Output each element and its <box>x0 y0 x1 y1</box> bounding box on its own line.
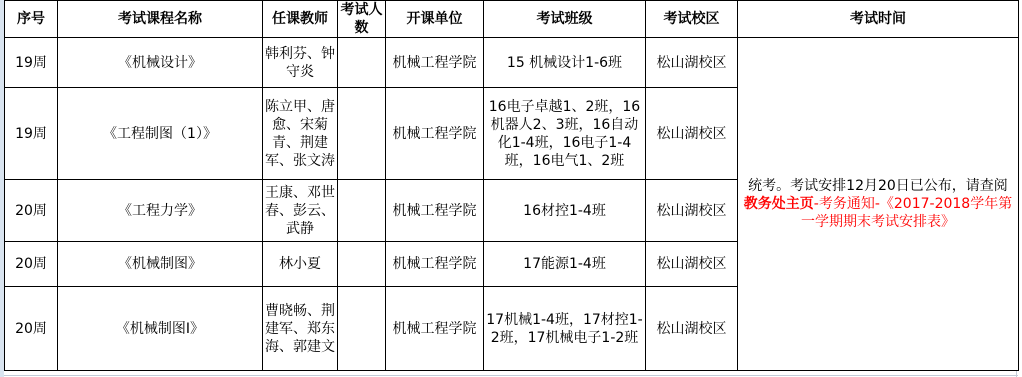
cell-classes: 16材控1-4班 <box>484 180 646 242</box>
cell-course: 《机械制图》 <box>58 242 263 287</box>
cell-campus: 松山湖校区 <box>646 180 738 242</box>
cell-campus: 松山湖校区 <box>646 88 738 180</box>
header-classes: 考试班级 <box>484 1 646 38</box>
cell-seq: 20周 <box>5 242 58 287</box>
exam-time-note-cell: 统考。考试安排12月20日已公布，请查阅教务处主页-考务通知-《2017-201… <box>738 38 1019 371</box>
cell-course: 《机械制图I》 <box>58 287 263 371</box>
cell-teachers: 曹晓畅、荆建军、郑东海、郭建文 <box>263 287 338 371</box>
header-course: 考试课程名称 <box>58 1 263 38</box>
cell-campus: 松山湖校区 <box>646 38 738 88</box>
cell-teachers: 陈立甲、唐愈、宋菊青、荆建军、张文涛 <box>263 88 338 180</box>
cell-count <box>338 287 386 371</box>
cell-seq: 19周 <box>5 88 58 180</box>
exam-time-note-black-text: 统考。考试安排12月20日已公布，请查阅 <box>740 177 1016 195</box>
cell-classes: 17能源1-4班 <box>484 242 646 287</box>
cell-campus: 松山湖校区 <box>646 287 738 371</box>
cell-unit: 机械工程学院 <box>386 287 484 371</box>
cell-count <box>338 242 386 287</box>
header-unit: 开课单位 <box>386 1 484 38</box>
partial-next-row-right-gridline <box>1016 371 1017 377</box>
cell-classes: 17机械1-4班，17材控1-2班，17机械电子1-2班 <box>484 287 646 371</box>
exam-schedule-table: 序号 考试课程名称 任课教师 考试人数 开课单位 考试班级 考试校区 考试时间 … <box>4 0 1019 371</box>
cell-course: 《机械设计》 <box>58 38 263 88</box>
header-seq: 序号 <box>5 1 58 38</box>
header-count: 考试人数 <box>338 1 386 38</box>
exam-time-note-red-bold-text: 教务处主页 <box>744 196 814 212</box>
cell-unit: 机械工程学院 <box>386 38 484 88</box>
cell-teachers: 韩利芬、钟守炎 <box>263 38 338 88</box>
header-campus: 考试校区 <box>646 1 738 38</box>
cell-teachers: 王康、邓世春、彭云、武静 <box>263 180 338 242</box>
cell-course: 《工程制图（1）》 <box>58 88 263 180</box>
cell-course: 《工程力学》 <box>58 180 263 242</box>
partial-next-row-gridline <box>4 375 1018 376</box>
header-time: 考试时间 <box>738 1 1019 38</box>
exam-time-note-red-text: -考务通知-《2017-2018学年第一学期期末考试安排表》 <box>801 196 1012 230</box>
cell-seq: 19周 <box>5 38 58 88</box>
cell-unit: 机械工程学院 <box>386 180 484 242</box>
table-row: 19周 《机械设计》 韩利芬、钟守炎 机械工程学院 15 机械设计1-6班 松山… <box>5 38 1019 88</box>
cell-classes: 15 机械设计1-6班 <box>484 38 646 88</box>
cell-count <box>338 38 386 88</box>
header-teachers: 任课教师 <box>263 1 338 38</box>
cell-teachers: 林小夏 <box>263 242 338 287</box>
cell-seq: 20周 <box>5 287 58 371</box>
cell-campus: 松山湖校区 <box>646 242 738 287</box>
cell-unit: 机械工程学院 <box>386 242 484 287</box>
exam-schedule-screen: 序号 考试课程名称 任课教师 考试人数 开课单位 考试班级 考试校区 考试时间 … <box>0 0 1022 377</box>
cell-count <box>338 180 386 242</box>
cell-seq: 20周 <box>5 180 58 242</box>
table-header-row: 序号 考试课程名称 任课教师 考试人数 开课单位 考试班级 考试校区 考试时间 <box>5 1 1019 38</box>
cell-unit: 机械工程学院 <box>386 88 484 180</box>
cell-count <box>338 88 386 180</box>
cell-classes: 16电子卓越1、2班，16机器人2、3班，16自动化1-4班，16电子1-4班，… <box>484 88 646 180</box>
